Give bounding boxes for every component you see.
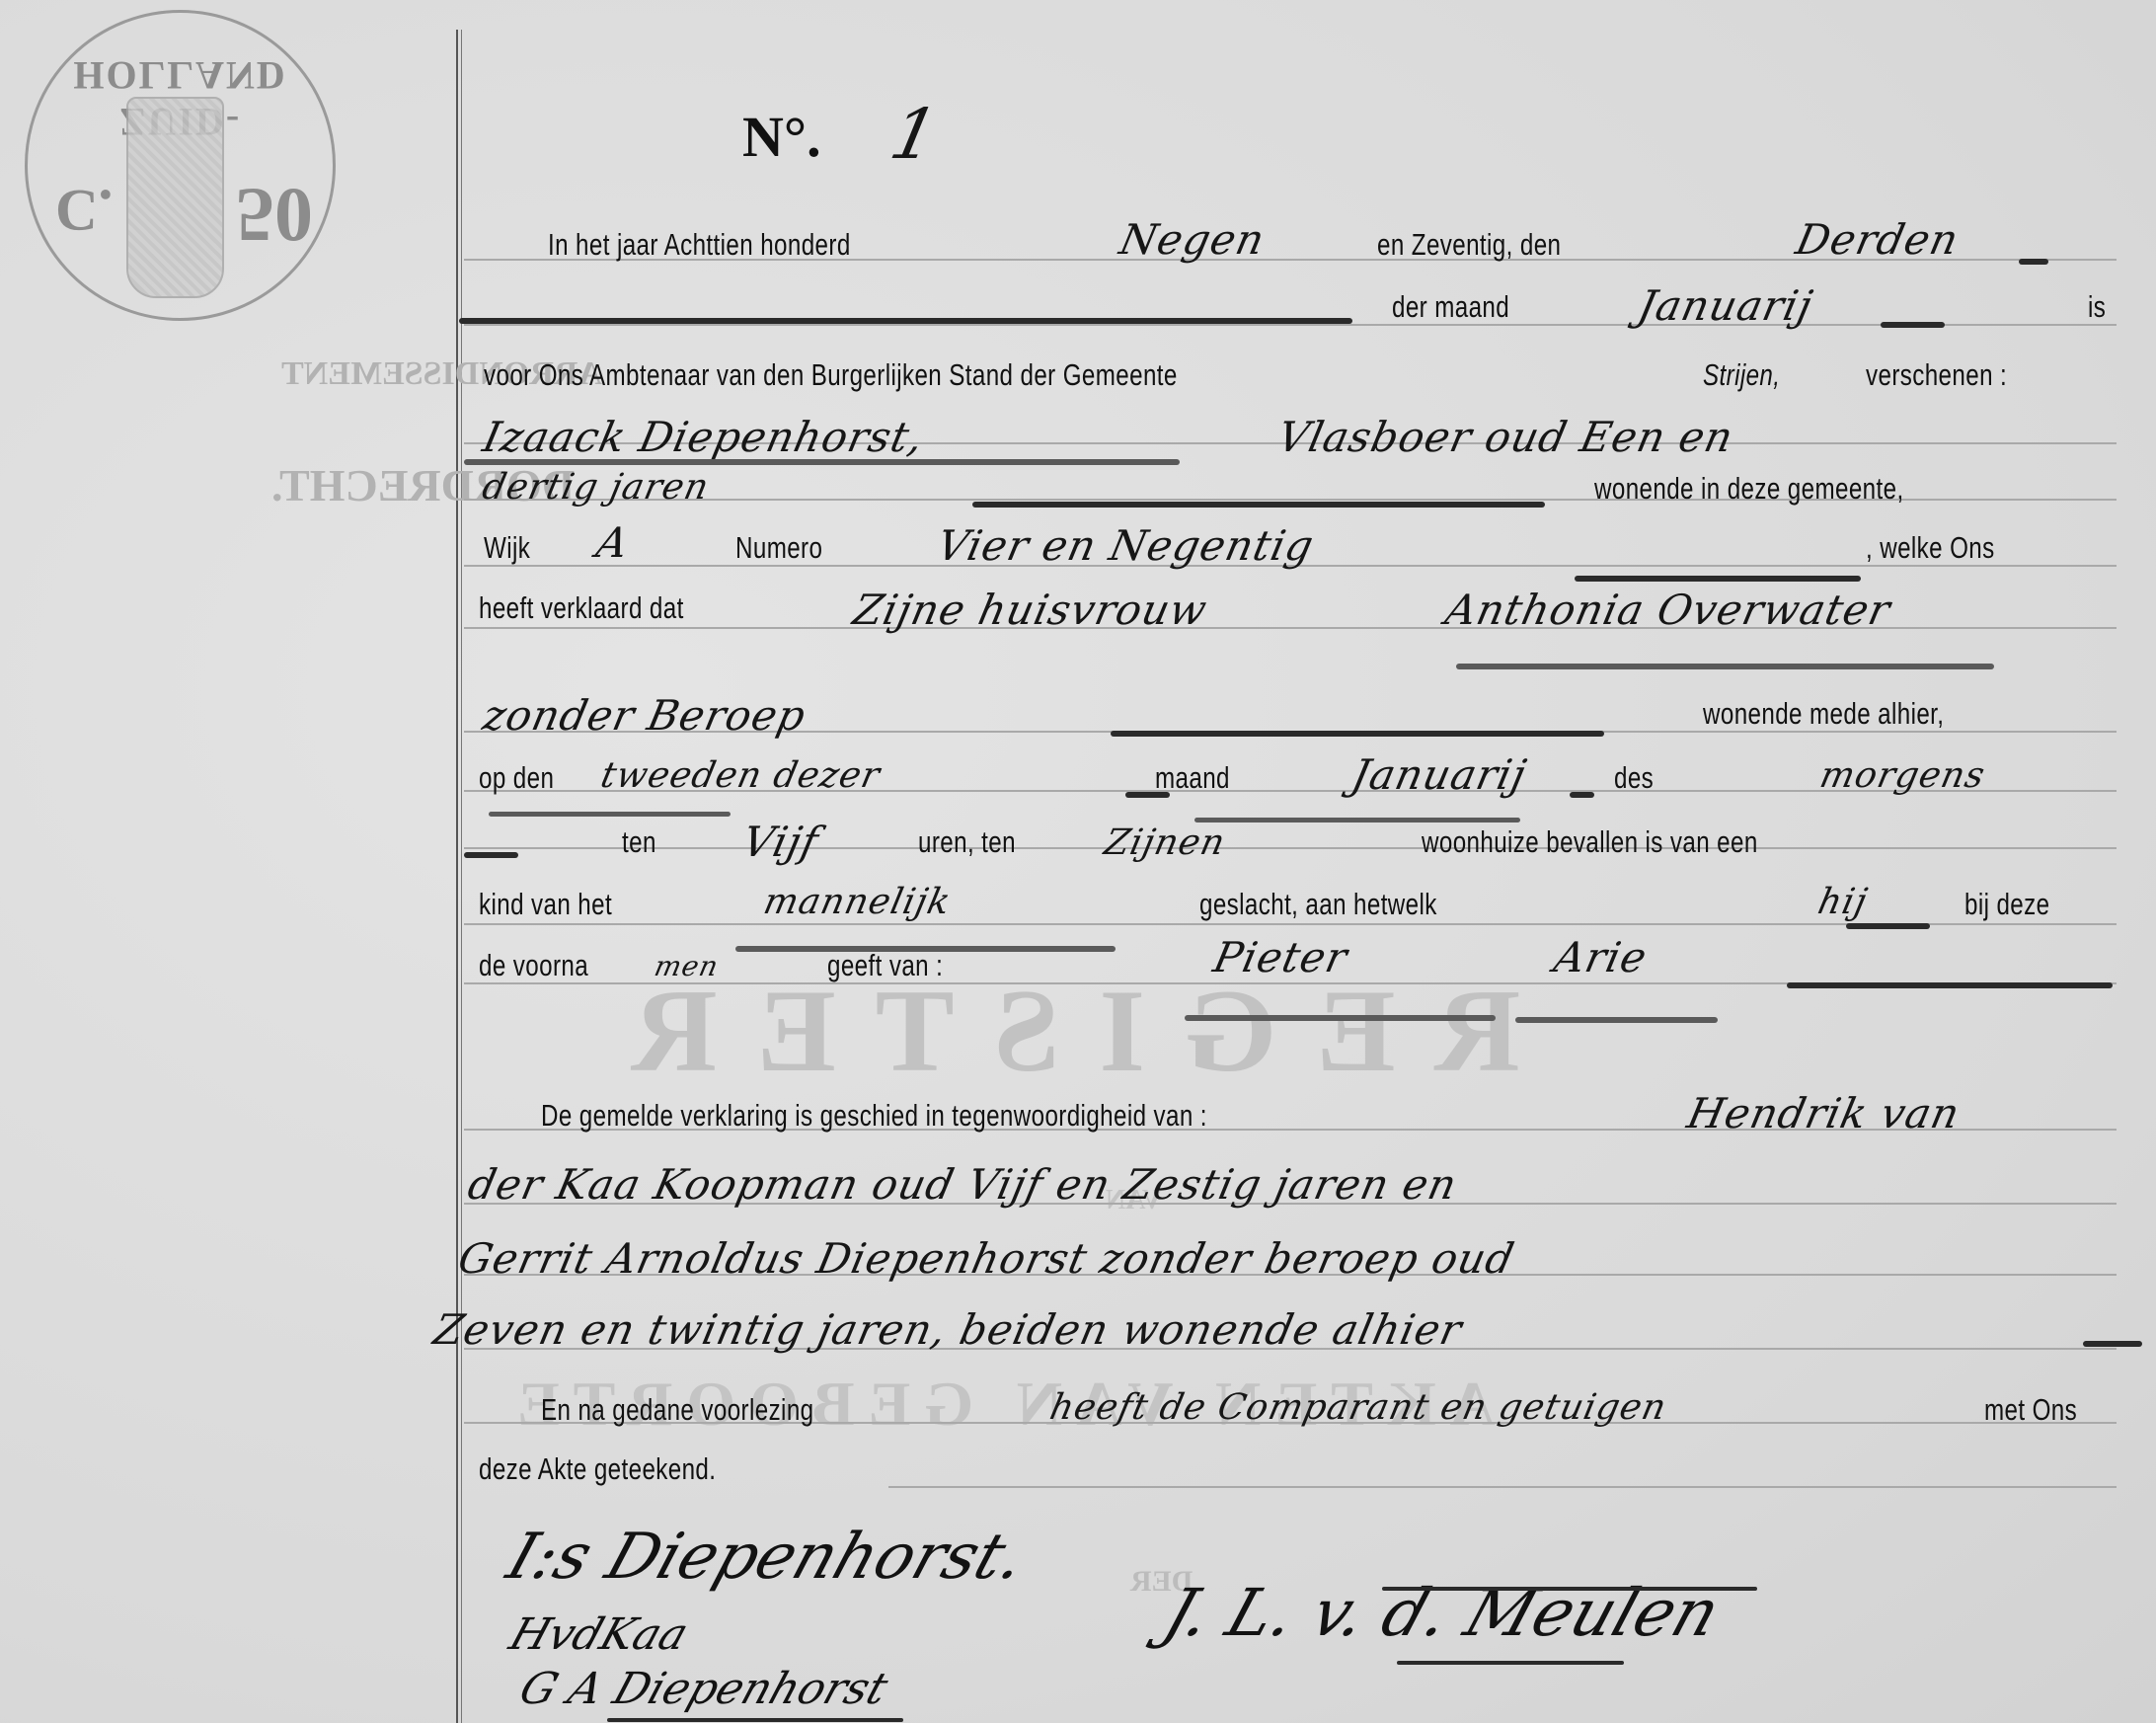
printed-text: maand [1155, 760, 1230, 796]
printed-text: Wijk [484, 530, 530, 566]
handwritten-ward: A [592, 518, 634, 567]
underline-stroke [1456, 664, 1994, 669]
handwritten-suffix: men [652, 950, 722, 982]
printed-text: der maand [1392, 289, 1509, 325]
fill-stroke [2083, 1341, 2142, 1347]
printed-text: En na gedane voorlezing [541, 1392, 813, 1428]
fill-stroke [1787, 982, 2113, 988]
fill-stroke [459, 318, 1352, 324]
crest-icon [126, 97, 224, 298]
printed-text: des [1614, 760, 1654, 796]
printed-text: kind van het [479, 887, 612, 922]
signature-witness-2: G A Diepenhorst [513, 1664, 894, 1714]
signature-witness-1: HvdKaa [503, 1609, 694, 1660]
certificate-number-label: N°. [742, 104, 821, 170]
printed-text: met Ons [1984, 1392, 2077, 1428]
handwritten-year: Negen [1116, 215, 1270, 264]
ruled-line [888, 1486, 2117, 1488]
handwritten-mother-name: Anthonia Overwater [1441, 586, 1895, 634]
handwritten-time-of-day: morgens [1816, 755, 1989, 796]
handwritten-witness-2: Gerrit Arnoldus Diepenhorst zonder beroe… [454, 1234, 1519, 1283]
fill-stroke [1575, 576, 1861, 582]
underline-stroke [1185, 1015, 1496, 1021]
fill-stroke [1881, 322, 1945, 328]
stamp-value: 50 [236, 171, 313, 260]
ruled-line [464, 324, 2117, 326]
handwritten-child-first-name: Pieter [1209, 933, 1352, 981]
handwritten-sex: mannelijk [760, 882, 955, 922]
handwritten-month: Januarij [1634, 281, 1817, 330]
printed-text: verschenen : [1866, 357, 2007, 393]
handwritten-witness-1: Hendrik van [1683, 1089, 1964, 1137]
margin-line [456, 30, 458, 1723]
certificate-number: 1 [884, 94, 946, 175]
handwritten-pronoun: hij [1814, 882, 1872, 922]
handwritten-witness-2-details: Zeven en twintig jaren, beiden wonende a… [429, 1305, 1467, 1354]
handwritten-child-second-name: Arie [1550, 933, 1652, 981]
signature-father: I:s Diepenhorst. [499, 1521, 1035, 1594]
printed-text: geeft van : [827, 948, 943, 983]
fill-stroke [1111, 731, 1604, 737]
handwritten-age: dertig jaren [479, 467, 713, 508]
fill-stroke [464, 852, 518, 858]
printed-text: voor Ons Ambtenaar van den Burgerlijken … [484, 357, 1178, 393]
handwritten-day: Derden [1792, 215, 1963, 264]
handwritten-occupation-age: Vlasboer oud Een en [1273, 413, 1738, 461]
handwritten-wife-label: Zijne huisvrouw [849, 586, 1211, 634]
municipality-name: Strijen, [1703, 357, 1780, 393]
printed-text: , welke Ons [1866, 530, 1995, 566]
fill-stroke [1570, 792, 1594, 798]
printed-text: bij deze [1964, 887, 2049, 922]
signature-flourish [1397, 1661, 1624, 1665]
handwritten-place: Zijnen [1101, 822, 1229, 863]
signature-underline [607, 1718, 903, 1722]
handwritten-mother-occupation: zonder Beroep [479, 691, 810, 740]
handwritten-signatories: heeft de Comparant en getuigen [1046, 1387, 1670, 1428]
stamp-letter: C. [55, 176, 113, 244]
certificate-page: ZUID-HOLLAND 50 C. ARRONDISSEMENT DORDRE… [0, 0, 2156, 1723]
printed-text: De gemelde verklaring is geschied in teg… [541, 1098, 1207, 1134]
printed-text: wonende mede alhier, [1703, 696, 1944, 732]
underline-stroke [1515, 1017, 1718, 1023]
handwritten-birth-day: tweeden dezer [597, 755, 884, 796]
signature-flourish [1382, 1587, 1757, 1591]
fill-stroke [972, 502, 1545, 508]
printed-text: de voorna [479, 948, 588, 983]
handwritten-house-number: Vier en Negentig [933, 521, 1319, 570]
handwritten-hour: Vijf [738, 818, 823, 866]
handwritten-father-name: Izaack Diepenhorst, [479, 413, 928, 461]
fill-stroke [2019, 259, 2048, 265]
printed-text: deze Akte geteekend. [479, 1451, 716, 1487]
printed-text: uren, ten [918, 824, 1016, 860]
handwritten-birth-month: Januarij [1347, 750, 1531, 799]
printed-text: Numero [735, 530, 822, 566]
printed-text: woonhuize bevallen is van een [1422, 824, 1758, 860]
tax-stamp: ZUID-HOLLAND 50 C. [25, 10, 336, 321]
printed-text: is [2088, 289, 2106, 325]
printed-text: heeft verklaard dat [479, 590, 684, 626]
underline-stroke [464, 459, 1180, 465]
printed-text: en Zeventig, den [1377, 227, 1561, 263]
margin-line-inner [461, 30, 462, 1723]
printed-text: In het jaar Achttien honderd [548, 227, 851, 263]
ruled-line [464, 847, 2117, 849]
fill-stroke [489, 812, 731, 817]
printed-text: geslacht, aan hetwelk [1199, 887, 1437, 922]
printed-text: wonende in deze gemeente, [1594, 471, 1904, 507]
fill-stroke [1846, 923, 1930, 929]
handwritten-witness-1-details: der Kaa Koopman oud Vijf en Zestig jaren… [464, 1160, 1462, 1209]
printed-text: ten [622, 824, 656, 860]
fill-stroke [1194, 818, 1520, 822]
printed-text: op den [479, 760, 554, 796]
